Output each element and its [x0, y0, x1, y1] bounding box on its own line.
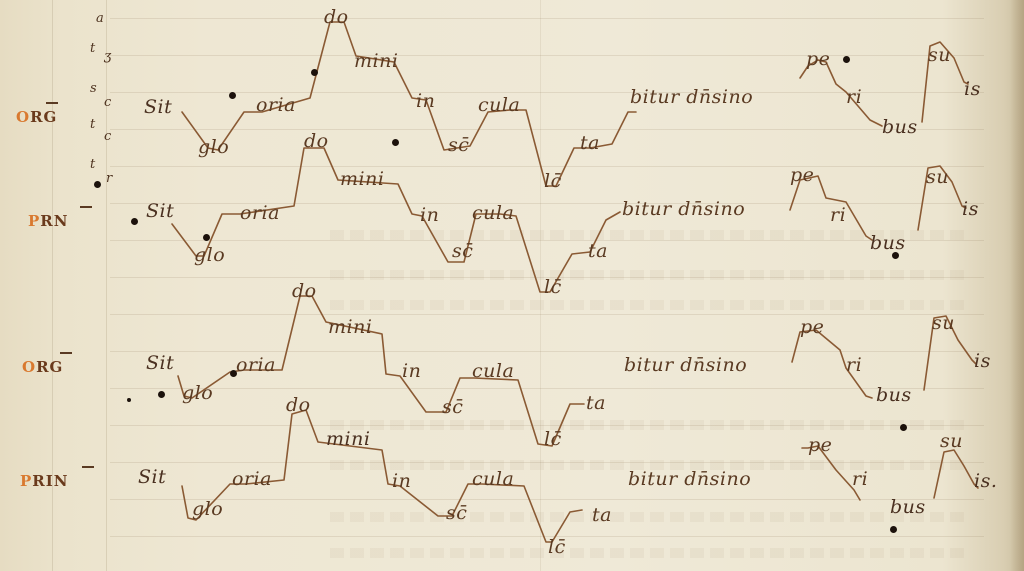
- syllable: bus: [890, 498, 926, 517]
- tone-letter: t: [90, 158, 95, 171]
- punctum-dot: [131, 218, 138, 225]
- punctum-dot: [890, 526, 897, 533]
- syllable: su: [928, 46, 951, 65]
- syllable: sc̄: [442, 398, 463, 417]
- syllable: lc̄: [544, 278, 562, 297]
- syllable: do: [304, 132, 329, 151]
- syllable: lc̄: [544, 430, 562, 449]
- syllable: sc̄: [448, 136, 469, 155]
- syllable: mini: [354, 52, 398, 71]
- syllable: ta: [586, 394, 606, 413]
- syllable: is.: [974, 472, 997, 491]
- syllable: glo: [198, 138, 229, 157]
- row-label: PRIN: [20, 474, 68, 489]
- syllable: cula: [472, 362, 514, 381]
- syllable: ri: [830, 206, 846, 225]
- syllable: su: [926, 168, 949, 187]
- syllable: ta: [592, 506, 612, 525]
- tone-letter: c: [104, 130, 111, 143]
- syllable: in: [416, 92, 435, 111]
- tone-letter: c: [104, 96, 111, 109]
- row-label: ORG: [22, 360, 63, 375]
- syllable: in: [420, 206, 439, 225]
- punctum-dot: [94, 181, 101, 188]
- syllable: pe: [790, 166, 814, 185]
- tone-letter: r: [106, 172, 112, 185]
- syllable: bitur dn̄sino: [630, 88, 753, 107]
- tone-letter: t: [90, 42, 95, 55]
- syllable: pe: [800, 318, 824, 337]
- syllable: lc̄: [548, 538, 566, 557]
- syllable: Sit: [146, 354, 174, 373]
- syllable: bus: [876, 386, 912, 405]
- syllable: is: [962, 200, 979, 219]
- syllable: cula: [472, 204, 514, 223]
- syllable: bus: [870, 234, 906, 253]
- syllable: oria: [256, 96, 296, 115]
- syllable: ri: [846, 88, 862, 107]
- syllable: cula: [472, 470, 514, 489]
- punctum-dot: [311, 69, 318, 76]
- syllable: ri: [846, 356, 862, 375]
- punctum-dot: [229, 92, 236, 99]
- syllable: mini: [328, 318, 372, 337]
- syllable: bitur dn̄sino: [622, 200, 745, 219]
- syllable: is: [964, 80, 981, 99]
- syllable: Sit: [144, 98, 172, 117]
- syllable: sc̄: [446, 504, 467, 523]
- syllable: do: [324, 8, 349, 27]
- syllable: oria: [232, 470, 272, 489]
- tone-letter: a: [96, 12, 104, 25]
- tone-letter: ʒ: [104, 50, 111, 63]
- syllable: bitur dn̄sino: [628, 470, 751, 489]
- syllable: Sit: [138, 468, 166, 487]
- syllable: bus: [882, 118, 918, 137]
- syllable: sc̄: [452, 242, 473, 261]
- syllable: glo: [182, 384, 213, 403]
- punctum-dot: [892, 252, 899, 259]
- punctum-dot: [392, 139, 399, 146]
- punctum-dot: [230, 370, 237, 377]
- syllable: ta: [580, 134, 600, 153]
- syllable: mini: [326, 430, 370, 449]
- row-label: ORG: [16, 110, 57, 125]
- syllable: in: [392, 472, 411, 491]
- syllable: oria: [240, 204, 280, 223]
- syllable: lc̄: [544, 172, 562, 191]
- syllable: in: [402, 362, 421, 381]
- syllable: mini: [340, 170, 384, 189]
- syllable: pe: [808, 436, 832, 455]
- syllable: oria: [236, 356, 276, 375]
- syllable: glo: [194, 246, 225, 265]
- syllable: is: [974, 352, 991, 371]
- tone-letter: s: [90, 82, 97, 95]
- punctum-dot: [203, 234, 210, 241]
- syllable: pe: [806, 50, 830, 69]
- syllable: ta: [588, 242, 608, 261]
- punctum-dot: [127, 398, 131, 402]
- syllable: ri: [852, 470, 868, 489]
- syllable: do: [286, 396, 311, 415]
- syllable: Sit: [146, 202, 174, 221]
- punctum-dot: [158, 391, 165, 398]
- syllable: bitur dn̄sino: [624, 356, 747, 375]
- syllable: su: [940, 432, 963, 451]
- row-label: PRN: [28, 214, 68, 229]
- syllable: su: [932, 314, 955, 333]
- syllable: glo: [192, 500, 223, 519]
- punctum-dot: [843, 56, 850, 63]
- syllable: do: [292, 282, 317, 301]
- punctum-dot: [900, 424, 907, 431]
- tone-letter: t: [90, 118, 95, 131]
- syllable: cula: [478, 96, 520, 115]
